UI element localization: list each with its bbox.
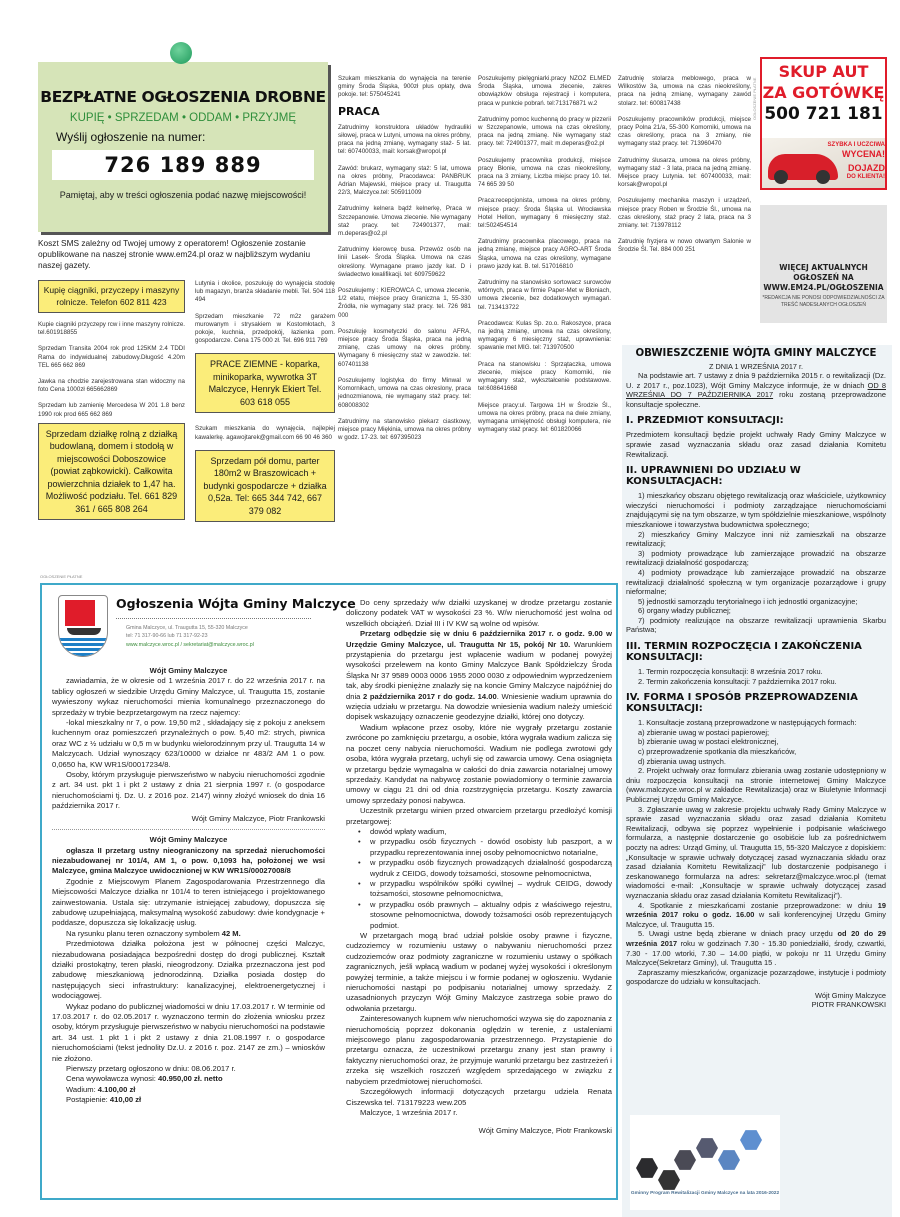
section-text: 4. Spotkanie z mieszkańcami zostanie prz… <box>626 901 886 930</box>
list-item: 5) jednostki samorządu terytorialnego i … <box>626 597 886 607</box>
more-ads-box: WIĘCEJ AKTUALNYCH OGŁOSZEŃ NA WWW.EM24.P… <box>760 205 887 323</box>
car-buying-ad[interactable]: SKUP AUT ZA GOTÓWKĘ 500 721 181 SZYBKA I… <box>760 57 887 190</box>
ads-column-1: Kupię ciągniki, przyczepy i maszyny roln… <box>38 280 185 520</box>
ads-column-5: Zatrudnię stolarza meblowego, praca w Wi… <box>618 75 751 263</box>
wojt-notices-right: Do ceny sprzedaży w/w działki uzyskanej … <box>346 598 612 1137</box>
section-text: 2. Projekt uchwały oraz formularz zbiera… <box>626 766 886 804</box>
starting-price: Cena wywoławcza wynosi: 40.950,00 zł. ne… <box>52 1074 325 1084</box>
announcement-revitalization: OBWIESZCZENIE WÓJTA GMINY MALCZYCE Z DNI… <box>622 345 892 1217</box>
ads-column-4: Poszukujemy pielęgniarki.pracy NZOZ ELME… <box>478 75 611 442</box>
ad-item: Sprzedam lub zamienię Mercedesa W 201 1.… <box>38 402 185 418</box>
highlighted-ad: PRACE ZIEMNE - koparka, minikoparka, wyw… <box>195 353 335 413</box>
section-heading: III. TERMIN ROZPOCZĘCIA I ZAKOŃCZENIA KO… <box>626 641 886 663</box>
ads-column-2: Lutynia i okolice, poszukuję do wynajęci… <box>195 280 335 522</box>
section-heading: II. UPRAWNIENI DO UDZIAŁU W KONSULTACJAC… <box>626 465 886 487</box>
list-item: w przypadku osób fizycznych - dowód osob… <box>358 837 612 858</box>
disclaimer: *REDAKCJA NIE PONOSI ODPOWIEDZIALNOŚCI Z… <box>760 295 887 308</box>
paid-label-vertical: OGŁOSZENIE PŁATNE <box>752 78 757 120</box>
office-contact: Gmina Malczyce, ul. Traugutta 15, 55-320… <box>126 624 254 649</box>
list-item: w przypadku osób fizycznych prowadzących… <box>358 858 612 879</box>
sms-info: Koszt SMS zależny od Twojej umowy z oper… <box>38 238 333 271</box>
logo-caption: Gminny Program Rewitalizacji Gminy Malcz… <box>630 1191 780 1197</box>
job-ad: Poszukujemy pracowników produkcji, miejs… <box>618 116 751 149</box>
job-ad: Poszukujemy : KIEROWCA C, umowa zlecenie… <box>338 287 471 320</box>
section-text: 5. Uwagi ustne będą zbierane w dniach pr… <box>626 929 886 967</box>
job-ad: Zatrudnimy pomoc kuchenną do pracy w piz… <box>478 116 611 149</box>
section-heading: IV. FORMA I SPOSÓB PRZEPROWADZENIA KONSU… <box>626 692 886 714</box>
ad-item: Jawka na chodzie zarejestrowana stan wid… <box>38 378 185 394</box>
job-ad: Zatrudnię fryzjera w nowo otwartym Salon… <box>618 238 751 254</box>
wheel-icon <box>816 170 830 184</box>
job-ad: Miejsce pracy:ul. Targowa 1H w Środzie Ś… <box>478 402 611 435</box>
hexagon-icon <box>696 1137 718 1159</box>
job-ad: Zatrudnimy na stanowisko piekarz ciastko… <box>338 418 471 443</box>
revitalization-logo: Gminny Program Rewitalizacji Gminy Malcz… <box>630 1115 780 1210</box>
car-ad-line2: ZA GOTÓWKĘ <box>762 84 885 101</box>
free-ads-banner: BEZPŁATNE OGŁOSZENIA DROBNE KUPIĘ • SPRZ… <box>38 62 328 232</box>
list-item: 3) podmioty prowadzące lub zamierzające … <box>626 549 886 568</box>
ad-item: Szukam mieszkania do wynajęcia na tereni… <box>338 75 471 100</box>
list-item: b) zbieranie uwag w postaci elektroniczn… <box>626 737 886 747</box>
ads-column-3: Szukam mieszkania do wynajęcia na tereni… <box>338 75 471 450</box>
section-text: 3. Zgłaszanie uwag w zakresie projektu u… <box>626 805 886 901</box>
list-item: 2) mieszkańcy Gminy Malczyce inni niż za… <box>626 530 886 549</box>
job-ad: Pracodawca: Kulas Sp. zo.o. Rakoszyce, p… <box>478 320 611 353</box>
list-item: w przypadku wspólników spółki cywilnej –… <box>358 879 612 900</box>
wojt-box-title: Ogłoszenia Wójta Gminy Malczyce <box>116 596 356 611</box>
more-ads-text: WIĘCEJ AKTUALNYCH OGŁOSZEŃ NA WWW.EM24.P… <box>760 263 887 293</box>
ad-item: Szukam mieszkania do wynajęcia, najlepie… <box>195 425 335 441</box>
divider <box>52 829 325 830</box>
job-ad: Poszukujemy pielęgniarki.pracy NZOZ ELME… <box>478 75 611 108</box>
job-ad: Praca na stanowisku : Sprzątaczka, umowa… <box>478 361 611 394</box>
website-email-links[interactable]: www.malczyce.wroc.pl / sekretariat@malcz… <box>126 641 254 649</box>
wojt-notices-left: Wójt Gminy Malczyce zawiadamia, że w okr… <box>52 666 325 1106</box>
send-label: Wyślij ogłoszenie na numer: <box>38 130 328 144</box>
highlighted-ad: Sprzedam pół domu, parter 180m2 w Braszo… <box>195 450 335 523</box>
ad-item: Sprzedam mieszkanie 72 m2z garażem murow… <box>195 313 335 346</box>
car-ad-tag: DOJAZDDO KLIENTA! <box>847 163 885 181</box>
job-ad: Poszukuję kosmetyczki do salonu AFRA, mi… <box>338 328 471 369</box>
section-heading: I. PRZEDMIOT KONSULTACJI: <box>626 415 886 426</box>
hexagon-icon <box>674 1149 696 1171</box>
list-item: 1. Termin rozpoczęcia konsultacji: 8 wrz… <box>626 667 886 677</box>
list-item: w przypadku osób prawnych – aktualny odp… <box>358 900 612 931</box>
ad-item: Lutynia i okolice, poszukuję do wynajęci… <box>195 280 335 305</box>
job-ad: Zatrudnimy kelnera bądź kelnerkę, Praca … <box>338 205 471 238</box>
coat-of-arms-icon <box>58 595 108 657</box>
required-documents-list: dowód wpłaty wadium, w przypadku osób fi… <box>346 827 612 931</box>
list-item: 6) organy władzy publicznej; <box>626 606 886 616</box>
job-ad: Zawód: brukarz, wymagany staż: 5 lat, um… <box>338 165 471 198</box>
job-ad: Praca:recepcjonista, umowa na okres prób… <box>478 197 611 230</box>
list-item: 1) mieszkańcy obszaru objętego rewitaliz… <box>626 491 886 529</box>
hexagon-icon <box>718 1149 740 1171</box>
job-ad: Zatrudnimy konstruktora układów hydrauli… <box>338 124 471 157</box>
job-ad: Poszukujemy logistyka do firmy Minwal w … <box>338 377 471 410</box>
list-item: c) przeprowadzenie spotkania dla mieszka… <box>626 747 886 757</box>
job-ad: Zatrudnimy na stanowisko sortowacz surow… <box>478 279 611 312</box>
divider <box>116 618 311 619</box>
section-heading-praca: PRACA <box>338 108 471 116</box>
wheel-icon <box>774 170 788 184</box>
banner-subtitle: KUPIĘ • SPRZEDAM • ODDAM • PRZYJMĘ <box>38 112 328 124</box>
list-item: 4) podmioty prowadzące lub zamierzające … <box>626 568 886 597</box>
job-ad: Zatrudnimy ślusarza, umowa na okres prób… <box>618 157 751 190</box>
ad-item: Sprzedam Transita 2004 rok prod 125KM 2.… <box>38 345 185 370</box>
banner-title: BEZPŁATNE OGŁOSZENIA DROBNE <box>38 88 328 106</box>
sms-number[interactable]: 726 189 889 <box>52 150 314 180</box>
announcement-title: OBWIESZCZENIE WÓJTA GMINY MALCZYCE <box>626 348 886 359</box>
highlighted-ad: Sprzedam działkę rolną z działką budowla… <box>38 423 185 521</box>
highlighted-ad: Kupię ciągniki, przyczepy i maszyny roln… <box>38 280 185 313</box>
signature: Wójt Gminy Malczyce, Piotr Frankowski <box>346 1126 612 1136</box>
hexagon-icon <box>636 1157 658 1179</box>
section-text: Zapraszamy mieszkańców, organizacje poza… <box>626 968 886 987</box>
list-item: 7) podmioty realizujące na obszarze rewi… <box>626 616 886 635</box>
job-ad: Zatrudnimy kierowcę busa. Przewóz osób n… <box>338 246 471 279</box>
job-ad: Zatrudnimy pracownika placowego, praca n… <box>478 238 611 271</box>
pushpin-icon <box>170 42 192 64</box>
job-ad: Poszukujemy mechanika maszyn i urządzeń,… <box>618 197 751 230</box>
ad-item: Kupie ciagniki przyczepy rcw i inne masz… <box>38 321 185 337</box>
notice-heading: Wójt Gminy Malczyce <box>52 666 325 676</box>
section-text: Przedmiotem konsultacji będzie projekt u… <box>626 430 886 459</box>
hexagon-icon <box>740 1129 762 1151</box>
hexagon-icon <box>658 1169 680 1191</box>
notice-heading: Wójt Gminy Malczyce <box>52 835 325 845</box>
job-ad: Zatrudnię stolarza meblowego, praca w Wi… <box>618 75 751 108</box>
car-image: SZYBKA I UCZCIWAWYCENA! DOJAZDDO KLIENTA… <box>762 138 887 188</box>
list-item: dowód wpłaty wadium, <box>358 827 612 837</box>
banner-reminder: Pamiętaj, aby w treści ogłoszenia podać … <box>38 190 328 200</box>
signature: Wójt Gminy Malczyce, Piotr Frankowski <box>52 814 325 824</box>
deposit: Wadium: 4.100,00 zł <box>52 1085 325 1095</box>
bid-step: Postąpienie: 410,00 zł <box>52 1095 325 1105</box>
announcement-intro: Na podstawie art. 7 ustawy z dnia 9 paźd… <box>626 371 886 409</box>
car-ad-phone: 500 721 181 <box>762 104 885 124</box>
car-ad-line1: SKUP AUT <box>762 63 885 80</box>
paid-label: OGŁOSZENIE PŁATNE <box>40 574 82 579</box>
section-text: 1. Konsultacje zostaną przeprowadzone w … <box>626 718 886 728</box>
list-item: a) zbieranie uwag w postaci papierowej; <box>626 728 886 738</box>
car-ad-tag: SZYBKA I UCZCIWAWYCENA! <box>828 142 885 160</box>
announcement-date: Z DNIA 1 WRZEŚNIA 2017 r. <box>626 362 886 371</box>
list-item: d) zbierania uwag ustnych. <box>626 757 886 767</box>
signature: Wójt Gminy MalczycePIOTR FRANKOWSKI <box>626 991 886 1010</box>
job-ad: Poszukujemy pracownika produkcji, miejsc… <box>478 157 611 190</box>
list-item: 2. Termin zakończenia konsultacji: 7 paź… <box>626 677 886 687</box>
